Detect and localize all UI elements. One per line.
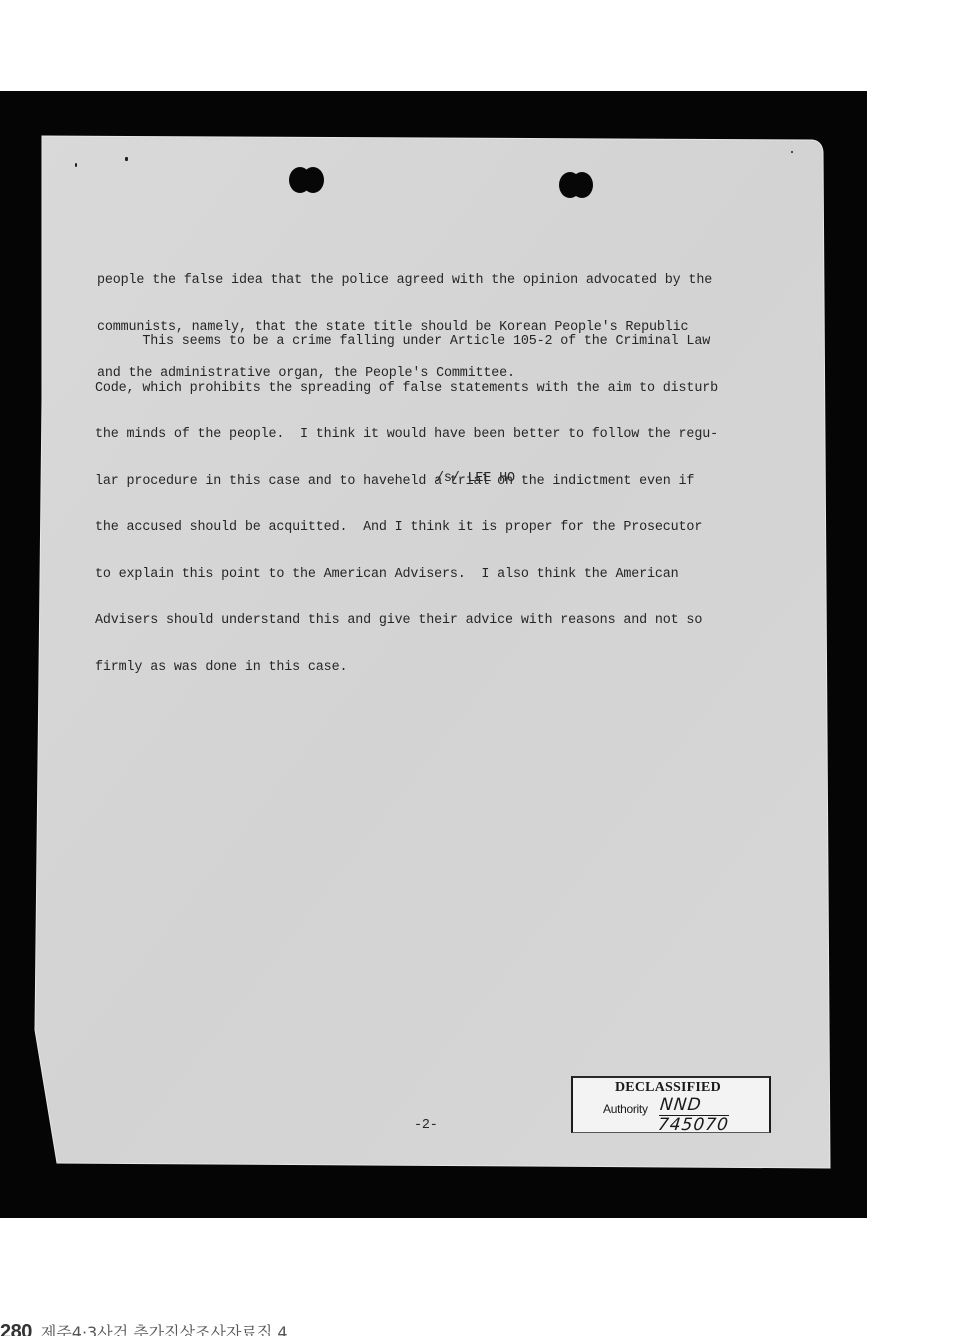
text-line: lar procedure in this case and to havehe… [95,474,718,490]
stamp-underline [659,1115,729,1116]
dust-speck [791,151,793,153]
page-number: -2- [414,1118,438,1134]
text-line: people the false idea that the police ag… [97,273,712,289]
dust-speck [125,157,128,161]
declassified-stamp: DECLASSIFIED Authority NND 745070 [571,1076,771,1133]
text-line: the accused should be acquitted. And I t… [95,520,718,536]
dust-speck [75,163,77,167]
signature: /s/ LEE HO [436,471,515,487]
text-line: This seems to be a crime falling under A… [95,334,718,350]
stamp-authority-label: Authority [603,1102,648,1116]
punch-hole-right [571,172,593,198]
body-paragraph-2: This seems to be a crime falling under A… [95,303,718,706]
footer-book-title: 제주4·3사건 추가진상조사자료집 4 [41,1320,288,1336]
text-line: to explain this point to the American Ad… [95,567,718,583]
text-line: firmly as was done in this case. [95,660,718,676]
text-line: Advisers should understand this and give… [95,613,718,629]
book-footer: 280 제주4·3사건 추가진상조사자료집 4 [0,1320,288,1336]
document-page: people the false idea that the police ag… [0,0,976,1336]
footer-page-number: 280 [0,1321,32,1336]
punch-hole-left [302,167,324,193]
stamp-title: DECLASSIFIED [615,1080,721,1096]
text-line: the minds of the people. I think it woul… [95,427,718,443]
text-line: Code, which prohibits the spreading of f… [95,381,718,397]
